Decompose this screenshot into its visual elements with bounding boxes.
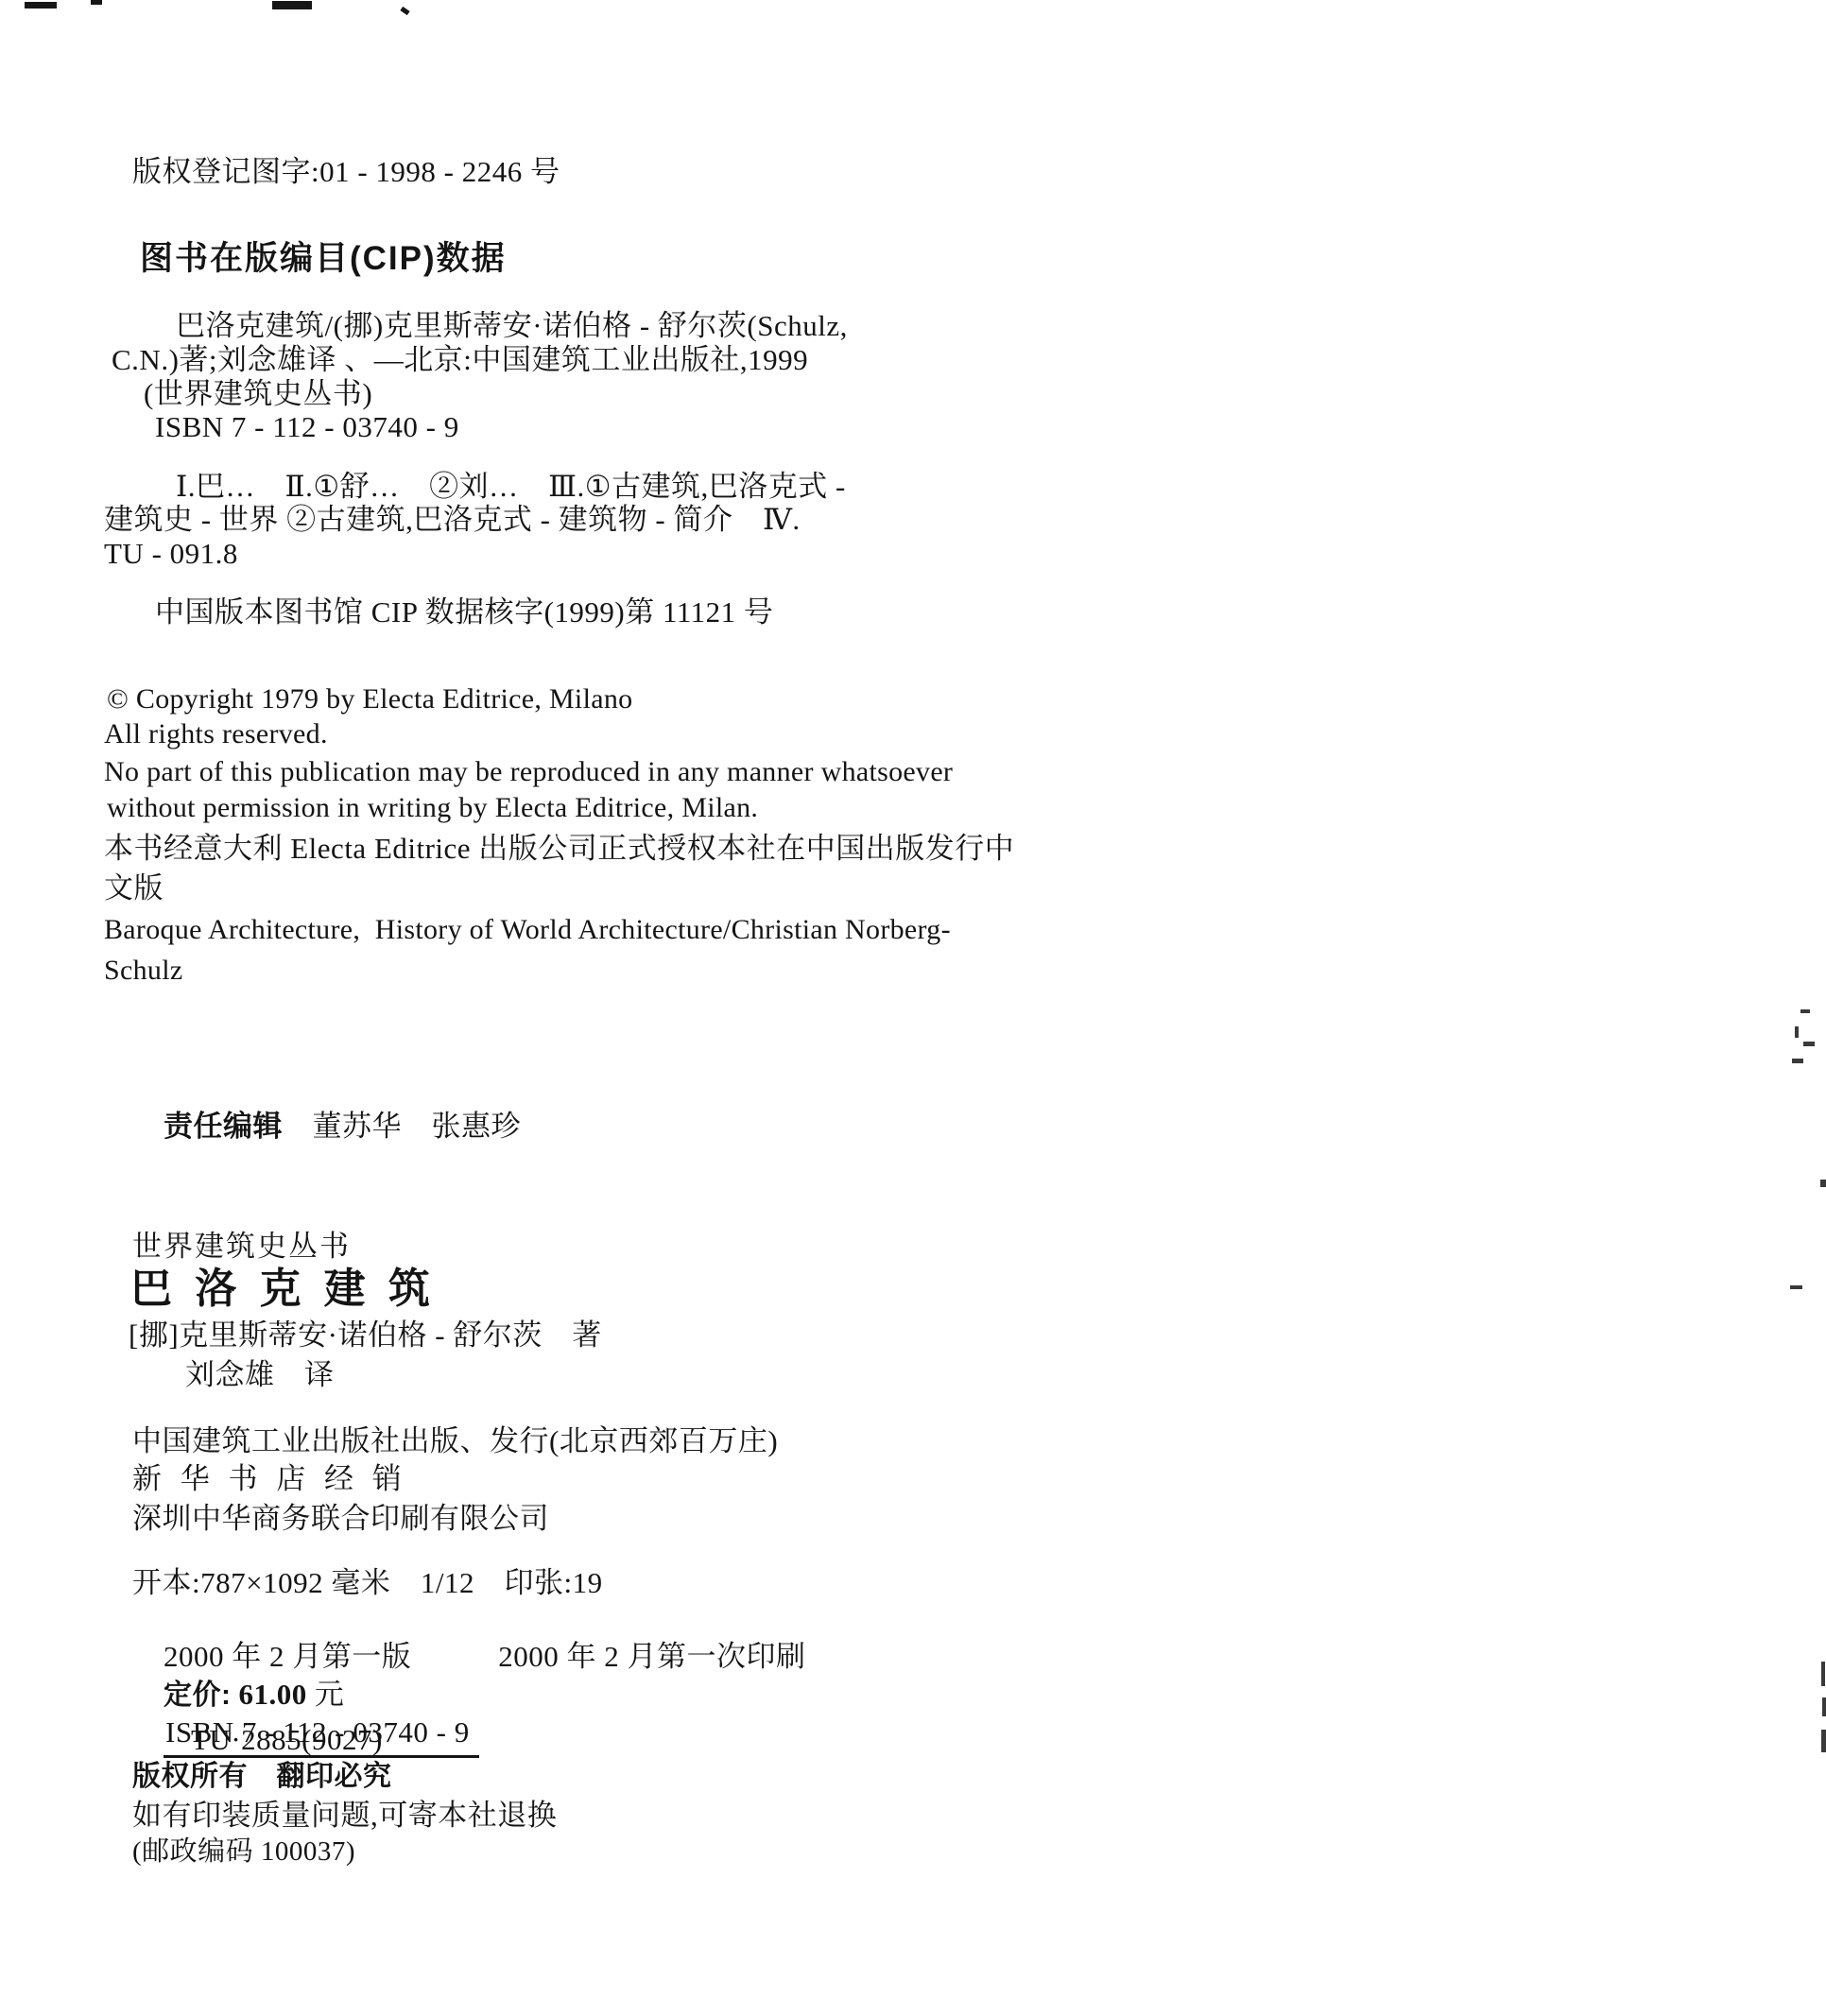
scan-artifact [400, 7, 409, 15]
scan-artifact [1820, 1180, 1826, 1187]
copyright-en-line-1: © Copyright 1979 by Electa Editrice, Mil… [107, 682, 632, 716]
distributor-line: 新 华 书 店 经 销 [132, 1461, 407, 1496]
scan-artifact [1822, 1697, 1826, 1716]
copyright-en-line-4: without permission in writing by Electa … [107, 791, 758, 825]
scan-artifact [25, 2, 57, 9]
editors-label: 责任编辑 [164, 1110, 283, 1143]
original-title-line-2: Schulz [104, 954, 182, 988]
postcode-line: (邮政编码 100037) [132, 1835, 355, 1869]
scan-artifact [1803, 1042, 1815, 1046]
original-title-line-1: Baroque Architecture, History of World A… [104, 913, 951, 947]
classification-code: TU - 091.8 [104, 536, 238, 571]
scan-artifact [1792, 1059, 1803, 1063]
copyright-en-line-3: No part of this publication may be repro… [104, 755, 953, 789]
copyright-registration-line: 版权登记图字:01 - 1998 - 2246 号 [132, 154, 560, 189]
cip-entry-line-1: 巴洛克建筑/(挪)克里斯蒂安·诺伯格 - 舒尔茨(Schulz, [176, 308, 848, 343]
scan-artifact [1821, 1730, 1826, 1752]
scan-artifact [1821, 1662, 1825, 1686]
authorization-line-1: 本书经意大利 Electa Editrice 出版公司正式授权本社在中国出版发行… [104, 831, 1014, 866]
cip-record-number-line: 中国版本图书馆 CIP 数据核字(1999)第 11121 号 [155, 594, 773, 629]
cip-heading: 图书在版编目(CIP)数据 [140, 239, 507, 279]
book-translator-line: 刘念雄 译 [185, 1357, 335, 1392]
cip-entry-line-2: C.N.)著;刘念雄译 、—北京:中国建筑工业出版社,1999 [112, 342, 808, 377]
scan-artifact [1795, 1026, 1799, 1038]
scan-artifact [1800, 1009, 1810, 1013]
book-title: 巴 洛 克 建 筑 [130, 1265, 436, 1315]
rights-notice: 版权所有 翻印必究 [132, 1760, 392, 1794]
cip-series-note: (世界建筑史丛书) [144, 376, 372, 411]
classification-line-1: Ⅰ.巴… Ⅱ.①舒… ②刘… Ⅲ.①古建筑,巴洛克式 - [176, 469, 846, 504]
editors-spacer [283, 1110, 313, 1143]
publisher-line: 中国建筑工业出版社出版、发行(北京西郊百万庄) [132, 1423, 778, 1458]
editors-names: 董苏华 张惠珍 [313, 1110, 522, 1143]
returns-notice: 如有印装质量问题,可寄本社退换 [132, 1798, 557, 1833]
cip-isbn-line: ISBN 7 - 112 - 03740 - 9 [155, 409, 459, 444]
scan-artifact [1790, 1285, 1802, 1289]
book-code-line: TU·2885(9027) [191, 1722, 383, 1757]
series-title: 世界建筑史丛书 [132, 1229, 351, 1264]
copyright-en-line-2: All rights reserved. [104, 717, 328, 751]
impression-text: 2000 年 2 月第一次印刷 [498, 1640, 805, 1673]
classification-line-2: 建筑史 - 世界 ②古建筑,巴洛克式 - 建筑物 - 简介 Ⅳ. [104, 502, 801, 537]
book-colophon-page: 版权登记图字:01 - 1998 - 2246 号 图书在版编目(CIP)数据 … [0, 0, 1826, 2016]
scan-artifact [91, 0, 102, 5]
book-author-line: [挪]克里斯蒂安·诺伯格 - 舒尔茨 著 [129, 1318, 602, 1353]
format-line: 开本:787×1092 毫米 1/12 印张:19 [132, 1565, 603, 1600]
scan-artifact [272, 1, 312, 9]
editors-line: 责任编辑 董苏华 张惠珍 [132, 1074, 521, 1180]
authorization-line-2: 文版 [104, 870, 164, 905]
printer-line: 深圳中华商务联合印刷有限公司 [132, 1501, 549, 1536]
